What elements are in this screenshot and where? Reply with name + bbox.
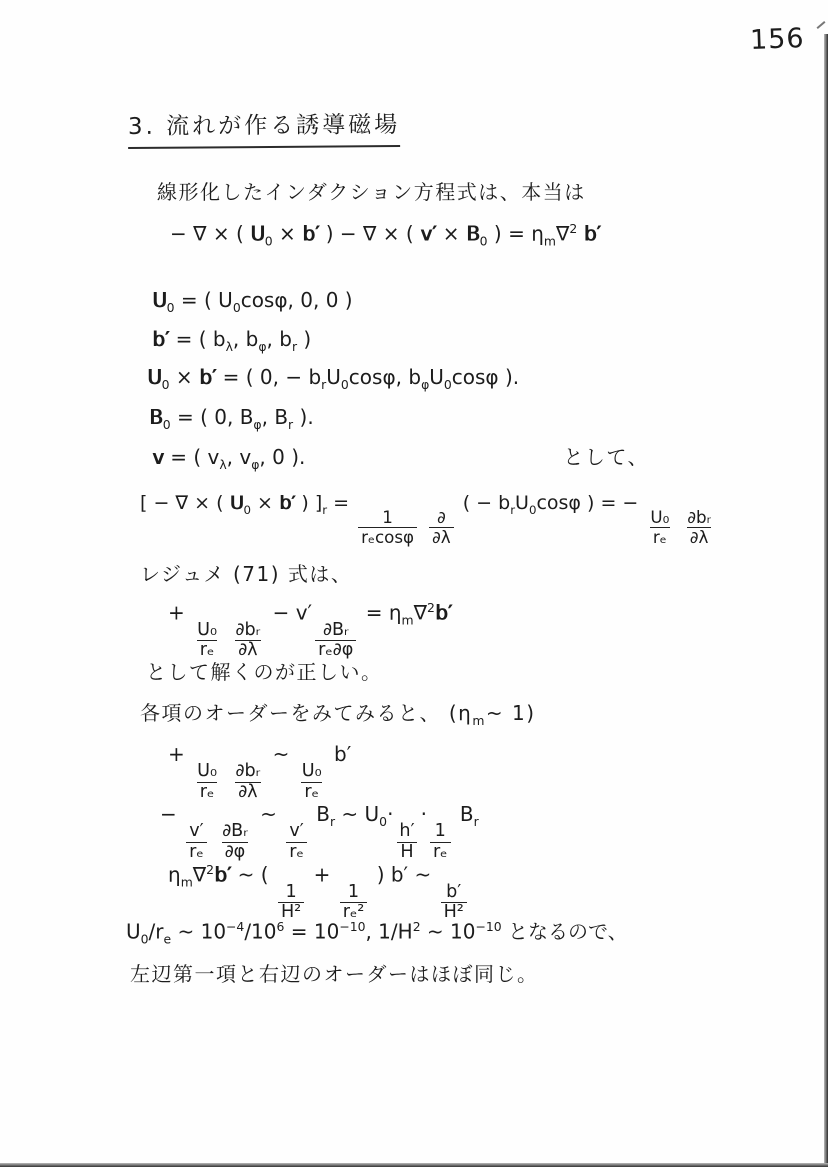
- math-text: cosφ, 0, 0 ): [241, 288, 353, 312]
- math-text: = ( b: [169, 327, 225, 351]
- math-text: ~: [254, 802, 283, 826]
- fraction-denominator: rₑ: [286, 842, 307, 863]
- math-text: 0: [341, 377, 349, 392]
- math-text: , B: [262, 405, 288, 429]
- fraction-denominator: ∂λ: [687, 527, 712, 547]
- fraction: h′H: [396, 822, 417, 862]
- math-text: = η: [359, 601, 401, 625]
- math-text: ·: [421, 802, 427, 826]
- math-text: b′: [328, 742, 352, 766]
- math-text: η: [168, 863, 181, 887]
- math-text: 0: [167, 300, 175, 315]
- fraction-denominator: H: [397, 842, 416, 863]
- fraction: U₀rₑ: [647, 508, 672, 546]
- vector-symbol: v′: [420, 222, 436, 246]
- math-text: =: [327, 492, 355, 514]
- vector-symbol: b′: [214, 863, 231, 887]
- vector-symbol: b′: [199, 365, 216, 389]
- math-text: ) − ∇ × (: [319, 222, 420, 246]
- math-text: , b: [233, 327, 258, 351]
- math-text: ~ U: [335, 802, 379, 826]
- vector-symbol: b′: [302, 222, 319, 246]
- order-term3: ηm∇2b′ ~ ( 1H² + 1rₑ² ) b′ ~ b′H²: [168, 862, 470, 923]
- def-b: b′ = ( bλ, bφ, br ): [152, 327, 311, 355]
- math-text: ∇: [414, 601, 427, 625]
- math-text: U: [326, 365, 341, 389]
- scan-corner-mark: [817, 21, 826, 29]
- fraction: ∂bᵣ∂λ: [684, 508, 714, 546]
- fraction-denominator: ∂λ: [235, 782, 261, 803]
- fraction-numerator: 1: [345, 883, 362, 903]
- math-text: e: [164, 932, 172, 947]
- fraction-denominator: ∂λ: [235, 640, 261, 661]
- fraction: ∂Bᵣ∂φ: [219, 822, 251, 862]
- vector-symbol: v: [152, 445, 164, 469]
- vector-symbol: U: [152, 288, 167, 312]
- fraction-numerator: U₀: [647, 508, 672, 527]
- math-text: 2: [413, 919, 421, 934]
- math-text: B: [310, 802, 330, 826]
- math-text: 2: [427, 600, 435, 615]
- order-term1: + U₀rₑ ∂bᵣ∂λ ~ U₀rₑ b′: [168, 742, 351, 802]
- math-text: ).: [293, 405, 314, 429]
- math-text: −: [160, 802, 183, 826]
- math-text: m: [544, 234, 556, 249]
- fraction: ∂bᵣ∂λ: [232, 762, 263, 802]
- line-tail: として、: [563, 445, 649, 469]
- math-text: ~: [266, 742, 295, 766]
- text-resume-eq: レジュメ (71) 式は、: [140, 562, 352, 587]
- math-text: φ: [258, 339, 266, 354]
- fraction: 1rₑ²: [340, 883, 368, 923]
- math-text: 線形化したインダクション方程式は、本当は: [157, 180, 586, 204]
- fraction: ∂bᵣ∂λ: [232, 621, 263, 661]
- fraction: ∂∂λ: [429, 508, 454, 546]
- math-text: ×: [273, 222, 302, 246]
- scan-edge-right: [824, 34, 828, 1167]
- scan-edge-bottom: [0, 1163, 828, 1167]
- section-title: 3. 流れが作る誘導磁場: [128, 111, 401, 149]
- math-text: 各項のオーダーをみてみると、 (η: [140, 701, 472, 725]
- math-text: cosφ ) = −: [536, 492, 644, 514]
- math-text: 3. 流れが作る誘導磁場: [128, 112, 400, 140]
- def-B0: B0 = ( 0, Bφ, Br ).: [149, 405, 314, 433]
- fraction-denominator: rₑ: [301, 782, 322, 803]
- text-conclusion: 左辺第一項と右辺のオーダーはほぼ同じ。: [130, 962, 539, 987]
- math-text: U: [429, 365, 444, 389]
- math-text: 0: [480, 234, 488, 249]
- fraction-denominator: rₑ: [650, 527, 670, 547]
- math-text: m: [181, 875, 193, 890]
- math-text: φ: [253, 417, 261, 432]
- math-text: 0: [162, 377, 170, 392]
- math-text: ): [297, 327, 311, 351]
- def-U0-cross-b: U0 × b′ = ( 0, − brU0cosφ, bφU0cosφ ).: [147, 365, 519, 393]
- math-text: として解くのが正しい。: [146, 660, 383, 684]
- math-text: ) ]: [295, 492, 322, 514]
- fraction-denominator: rₑ: [430, 842, 451, 863]
- math-text: cosφ ).: [452, 365, 519, 389]
- vector-symbol: b′: [435, 601, 452, 625]
- math-text: = 10: [284, 920, 339, 944]
- order-values: U0/re ~ 10−4/106 = 10−10, 1/H2 ~ 10−10 と…: [126, 919, 628, 947]
- fraction-numerator: U₀: [194, 621, 220, 641]
- math-text: = ( 0, B: [171, 405, 254, 429]
- math-text: −10: [339, 919, 365, 934]
- math-text: ~ 1): [486, 701, 536, 725]
- def-U0: U0 = ( U0cosφ, 0, 0 ): [152, 288, 353, 316]
- math-text: λ: [219, 457, 226, 472]
- vector-symbol: B: [149, 405, 163, 429]
- fraction: ∂Bᵣrₑ∂φ: [315, 621, 356, 661]
- notebook-page: 156 3. 流れが作る誘導磁場線形化したインダクション方程式は、本当は− ∇ …: [0, 0, 828, 1167]
- math-text: [210, 802, 216, 826]
- fraction-numerator: 1: [432, 822, 449, 842]
- math-text: [ − ∇ × (: [140, 492, 230, 514]
- math-text: B: [454, 802, 474, 826]
- intro-text: 線形化したインダクション方程式は、本当は: [157, 180, 586, 205]
- math-text: [675, 492, 681, 514]
- fraction-denominator: rₑ: [197, 640, 218, 661]
- fraction-numerator: v′: [186, 822, 206, 842]
- page-number: 156: [749, 23, 805, 56]
- math-text: = ( U: [175, 288, 233, 312]
- vector-symbol: U: [147, 365, 162, 389]
- math-text: [223, 601, 229, 625]
- vector-symbol: b′: [152, 327, 169, 351]
- math-text: , 0 ).: [259, 445, 305, 469]
- fraction-denominator: rₑ∂φ: [315, 640, 356, 661]
- fraction: U₀rₑ: [194, 621, 220, 661]
- math-text: +: [168, 742, 191, 766]
- math-text: レジュメ (71) 式は、: [140, 562, 352, 586]
- vector-symbol: U: [250, 222, 265, 246]
- math-text: 左辺第一項と右辺のオーダーはほぼ同じ。: [130, 962, 539, 986]
- fraction-denominator: ∂φ: [222, 842, 249, 863]
- math-text: ∇: [193, 863, 206, 887]
- fraction: 1H²: [278, 883, 304, 923]
- fraction-numerator: 1: [379, 508, 396, 527]
- fraction-numerator: b′: [443, 883, 464, 903]
- fraction: v′rₑ: [186, 822, 207, 862]
- math-text: − v′: [266, 601, 312, 625]
- math-text: 0: [233, 300, 241, 315]
- math-text: ~ 10: [421, 920, 476, 944]
- math-text: /10: [244, 920, 276, 944]
- fraction-numerator: ∂Bᵣ: [320, 621, 352, 641]
- math-text: 0: [163, 417, 171, 432]
- text-order-check: 各項のオーダーをみてみると、 (ηm~ 1): [140, 701, 536, 729]
- fraction: v′rₑ: [286, 822, 307, 862]
- fraction-numerator: h′: [396, 822, 417, 842]
- fraction: U₀rₑ: [194, 762, 220, 802]
- fraction: 1rₑ: [430, 822, 451, 862]
- math-text: , v: [227, 445, 252, 469]
- fraction-denominator: rₑ: [197, 782, 218, 803]
- math-text: m: [402, 613, 414, 628]
- math-text: 0: [265, 234, 273, 249]
- vector-symbol: b′: [279, 492, 295, 514]
- math-text: r: [474, 814, 479, 829]
- def-v: v = ( vλ, vφ, 0 ).として、: [152, 445, 649, 473]
- vector-symbol: b′: [584, 222, 601, 246]
- fraction: b′H²: [441, 883, 467, 923]
- math-text: ×: [251, 492, 279, 514]
- eq-71-corrected: + U₀rₑ ∂bᵣ∂λ − v′∂Bᵣrₑ∂φ = ηm∇2b′: [168, 600, 452, 661]
- math-text: 0: [141, 932, 149, 947]
- eq-induction-full: − ∇ × ( U0 × b′ ) − ∇ × ( v′ × B0 ) = ηm…: [170, 221, 601, 249]
- fraction-numerator: 1: [282, 883, 299, 903]
- fraction-numerator: v′: [286, 822, 306, 842]
- math-text: +: [307, 863, 336, 887]
- fraction-numerator: ∂bᵣ: [232, 621, 263, 641]
- math-text: +: [168, 601, 191, 625]
- math-text: となるので、: [502, 920, 628, 944]
- fraction-numerator: ∂bᵣ: [232, 762, 263, 782]
- fraction: U₀rₑ: [299, 762, 325, 802]
- vector-symbol: B: [466, 222, 480, 246]
- fraction-numerator: U₀: [194, 762, 220, 782]
- text-solve-correct: として解くのが正しい。: [146, 660, 383, 685]
- math-text: = ( 0, − b: [216, 365, 321, 389]
- math-text: ) b′ ~: [370, 863, 437, 887]
- vector-symbol: U: [230, 492, 244, 514]
- math-text: ~ 10: [171, 920, 226, 944]
- math-text: U: [126, 920, 141, 944]
- fraction-numerator: U₀: [299, 762, 325, 782]
- math-text: 0: [244, 503, 252, 517]
- math-text: 0: [379, 814, 387, 829]
- math-text: λ: [226, 339, 233, 354]
- math-text: U: [515, 492, 529, 514]
- math-text: 0: [444, 377, 452, 392]
- fraction: 1rₑcosφ: [358, 508, 417, 546]
- fraction-numerator: ∂bᵣ: [684, 508, 714, 527]
- math-text: ×: [170, 365, 199, 389]
- fraction-numerator: ∂: [434, 508, 449, 527]
- fraction-denominator: rₑcosφ: [358, 527, 417, 547]
- eq-radial-component: [ − ∇ × ( U0 × b′ ) ]r = 1rₑcosφ ∂∂λ ( −…: [140, 492, 717, 547]
- math-text: /r: [149, 920, 164, 944]
- math-text: ·: [387, 802, 393, 826]
- math-text: ∇: [556, 222, 569, 246]
- math-text: −4: [226, 919, 244, 934]
- math-text: = ( v: [164, 445, 219, 469]
- order-term2: − v′rₑ ∂Bᵣ∂φ ~ v′rₑ Br ~ U0·h′H·1rₑ Br: [160, 802, 479, 862]
- math-text: cosφ, b: [349, 365, 421, 389]
- math-text: ( − b: [457, 492, 511, 514]
- math-text: , b: [267, 327, 292, 351]
- math-text: 2: [206, 862, 214, 877]
- math-text: ×: [436, 222, 465, 246]
- math-text: , 1/H: [365, 920, 412, 944]
- math-text: ~ (: [231, 863, 275, 887]
- math-text: ) = η: [488, 222, 544, 246]
- math-text: [420, 492, 426, 514]
- fraction-numerator: ∂Bᵣ: [219, 822, 251, 842]
- fraction-denominator: rₑ: [186, 842, 207, 863]
- math-text: − ∇ × (: [170, 222, 250, 246]
- math-text: −10: [476, 919, 502, 934]
- math-text: m: [472, 713, 486, 728]
- fraction-denominator: ∂λ: [429, 527, 454, 547]
- math-text: [223, 742, 229, 766]
